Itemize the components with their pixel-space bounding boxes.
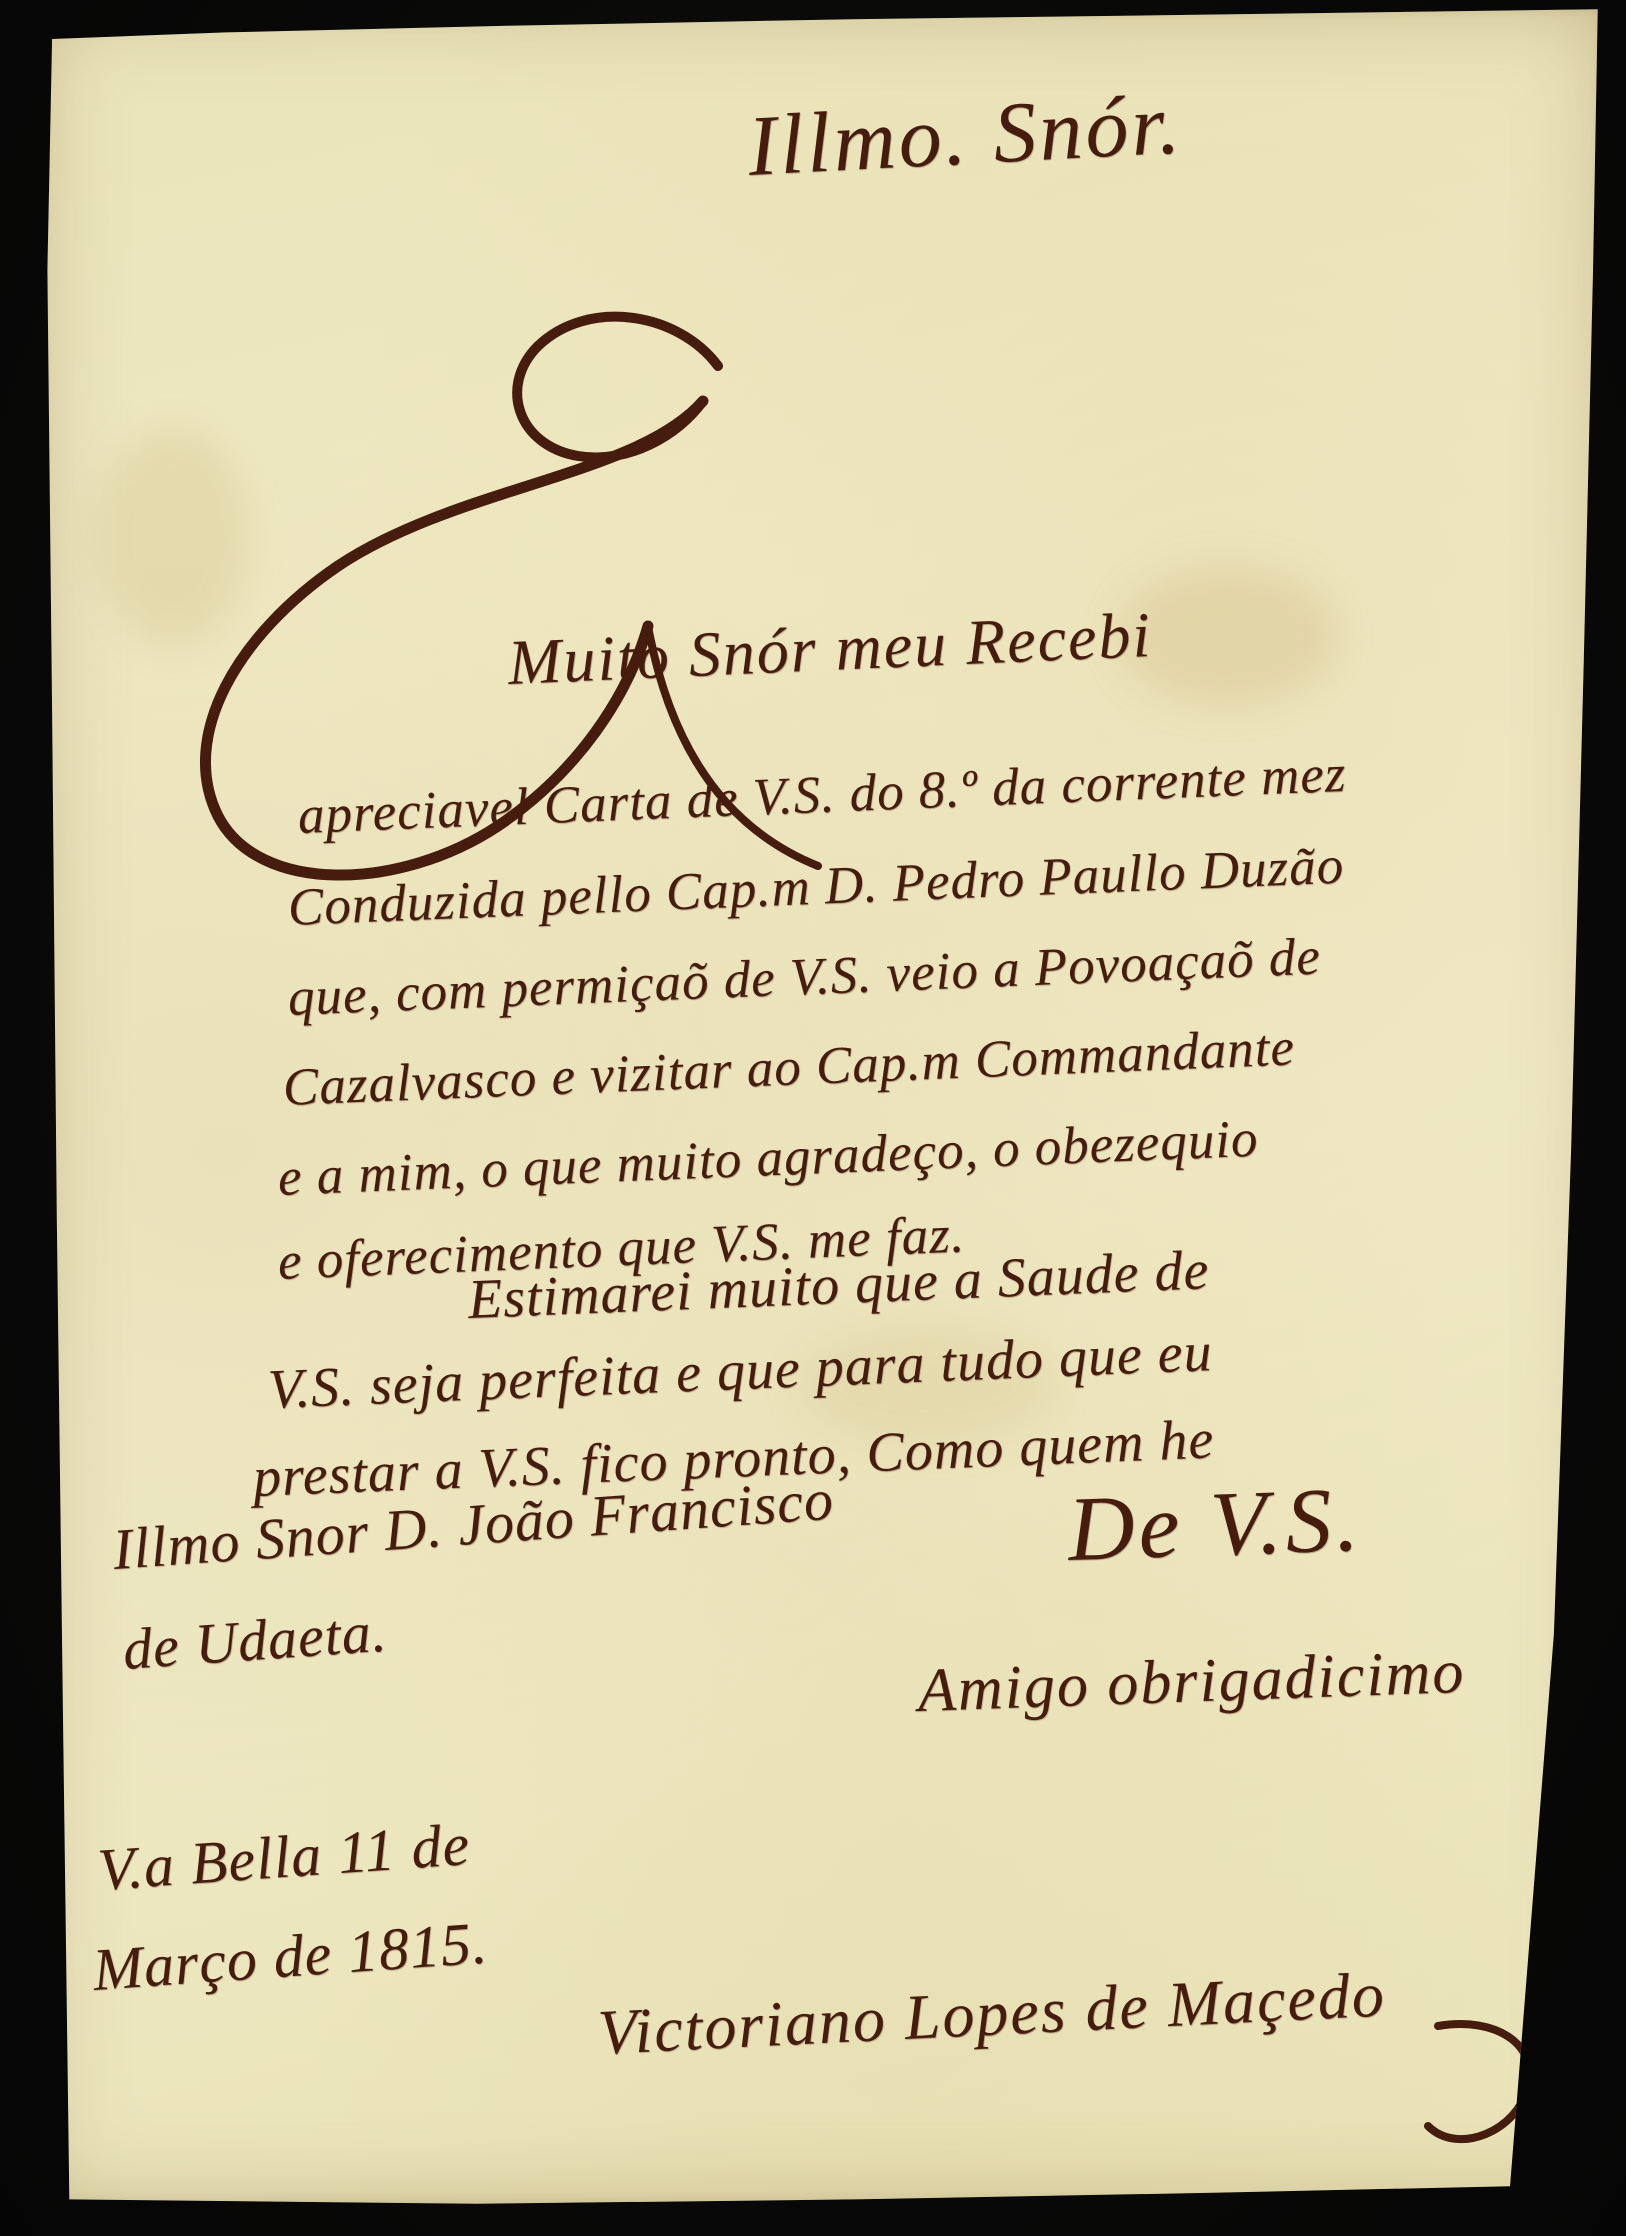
closing-amigo: Amigo obrigadicimo xyxy=(917,1637,1467,1727)
body-line-3: que, com permiçaõ de V.S. veio a Povoaça… xyxy=(287,927,1322,1028)
letter-header: Illmo. Snór. xyxy=(745,73,1185,196)
body-line-4: Cazalvasco e vizitar ao Cap.m Commandant… xyxy=(282,1017,1296,1118)
dateline-line-1: V.a Bella 11 de xyxy=(96,1810,473,1905)
signature-rubric-flourish xyxy=(1418,2006,1598,2166)
paragraph2-line-2: V.S. seja perfeita e que para tudo que e… xyxy=(267,1320,1214,1422)
dateline-line-2: Março de 1815. xyxy=(91,1908,490,2004)
letter-paper: Illmo. Snór. Muito Snór meu Recebi aprec… xyxy=(38,6,1604,2206)
signature: Victoriano Lopes de Maçedo xyxy=(596,1958,1387,2070)
body-line-5: e a mim, o que muito agradeço, o obezequ… xyxy=(277,1109,1260,1208)
closing-de-vs: De V.S. xyxy=(1066,1466,1364,1582)
addressee-line-2: de Udaeta. xyxy=(121,1598,390,1683)
photo-background: Illmo. Snór. Muito Snór meu Recebi aprec… xyxy=(0,0,1626,2236)
